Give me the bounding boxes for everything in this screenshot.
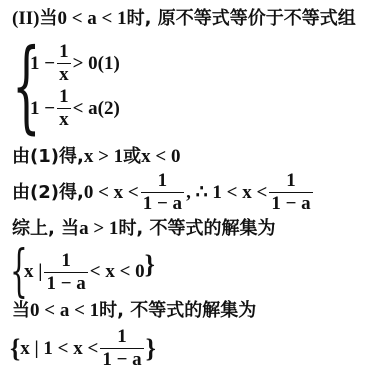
solution-set-1: { x | 11 − a < x < 0 } [10,244,155,300]
inequality-system: { 1 − 1x > 0(1) 1 − 1x < a(2) [12,36,120,136]
summary-a-between-0-1: 当0 < a < 1时, 不等式的解集为 [12,300,256,322]
inequality-2: 1 − 1x < a(2) [30,86,120,131]
left-brace: { [12,36,20,136]
fraction: 11 − a [44,250,87,295]
case-ii-heading: (II)当0 < a < 1时, 原不等式等价于不等式组 [12,8,356,30]
fraction: 11 − a [269,170,312,215]
fraction: 11 − a [141,170,184,215]
condition: 0 < a < 1 [57,8,126,29]
fraction: 1x [57,41,71,86]
summary-a-gt-1: 综上, 当a > 1时, 不等式的解集为 [12,218,276,240]
inequality-1: 1 − 1x > 0(1) [30,41,120,86]
left-brace: { [10,338,20,360]
step-2: 由(2)得, 0 < x < 11 − a , ∴ 1 < x < 11 − a [12,170,315,215]
solution-set-2: { x | 1 < x < 11 − a } [10,326,156,371]
fraction: 1x [57,86,71,131]
left-brace: { [10,244,17,300]
part-label: (II) [12,8,39,29]
right-brace: } [145,254,155,276]
step-1: 由(1)得,x > 1或x < 0 [12,146,180,168]
fraction: 11 − a [100,326,143,371]
right-brace: } [146,338,156,360]
